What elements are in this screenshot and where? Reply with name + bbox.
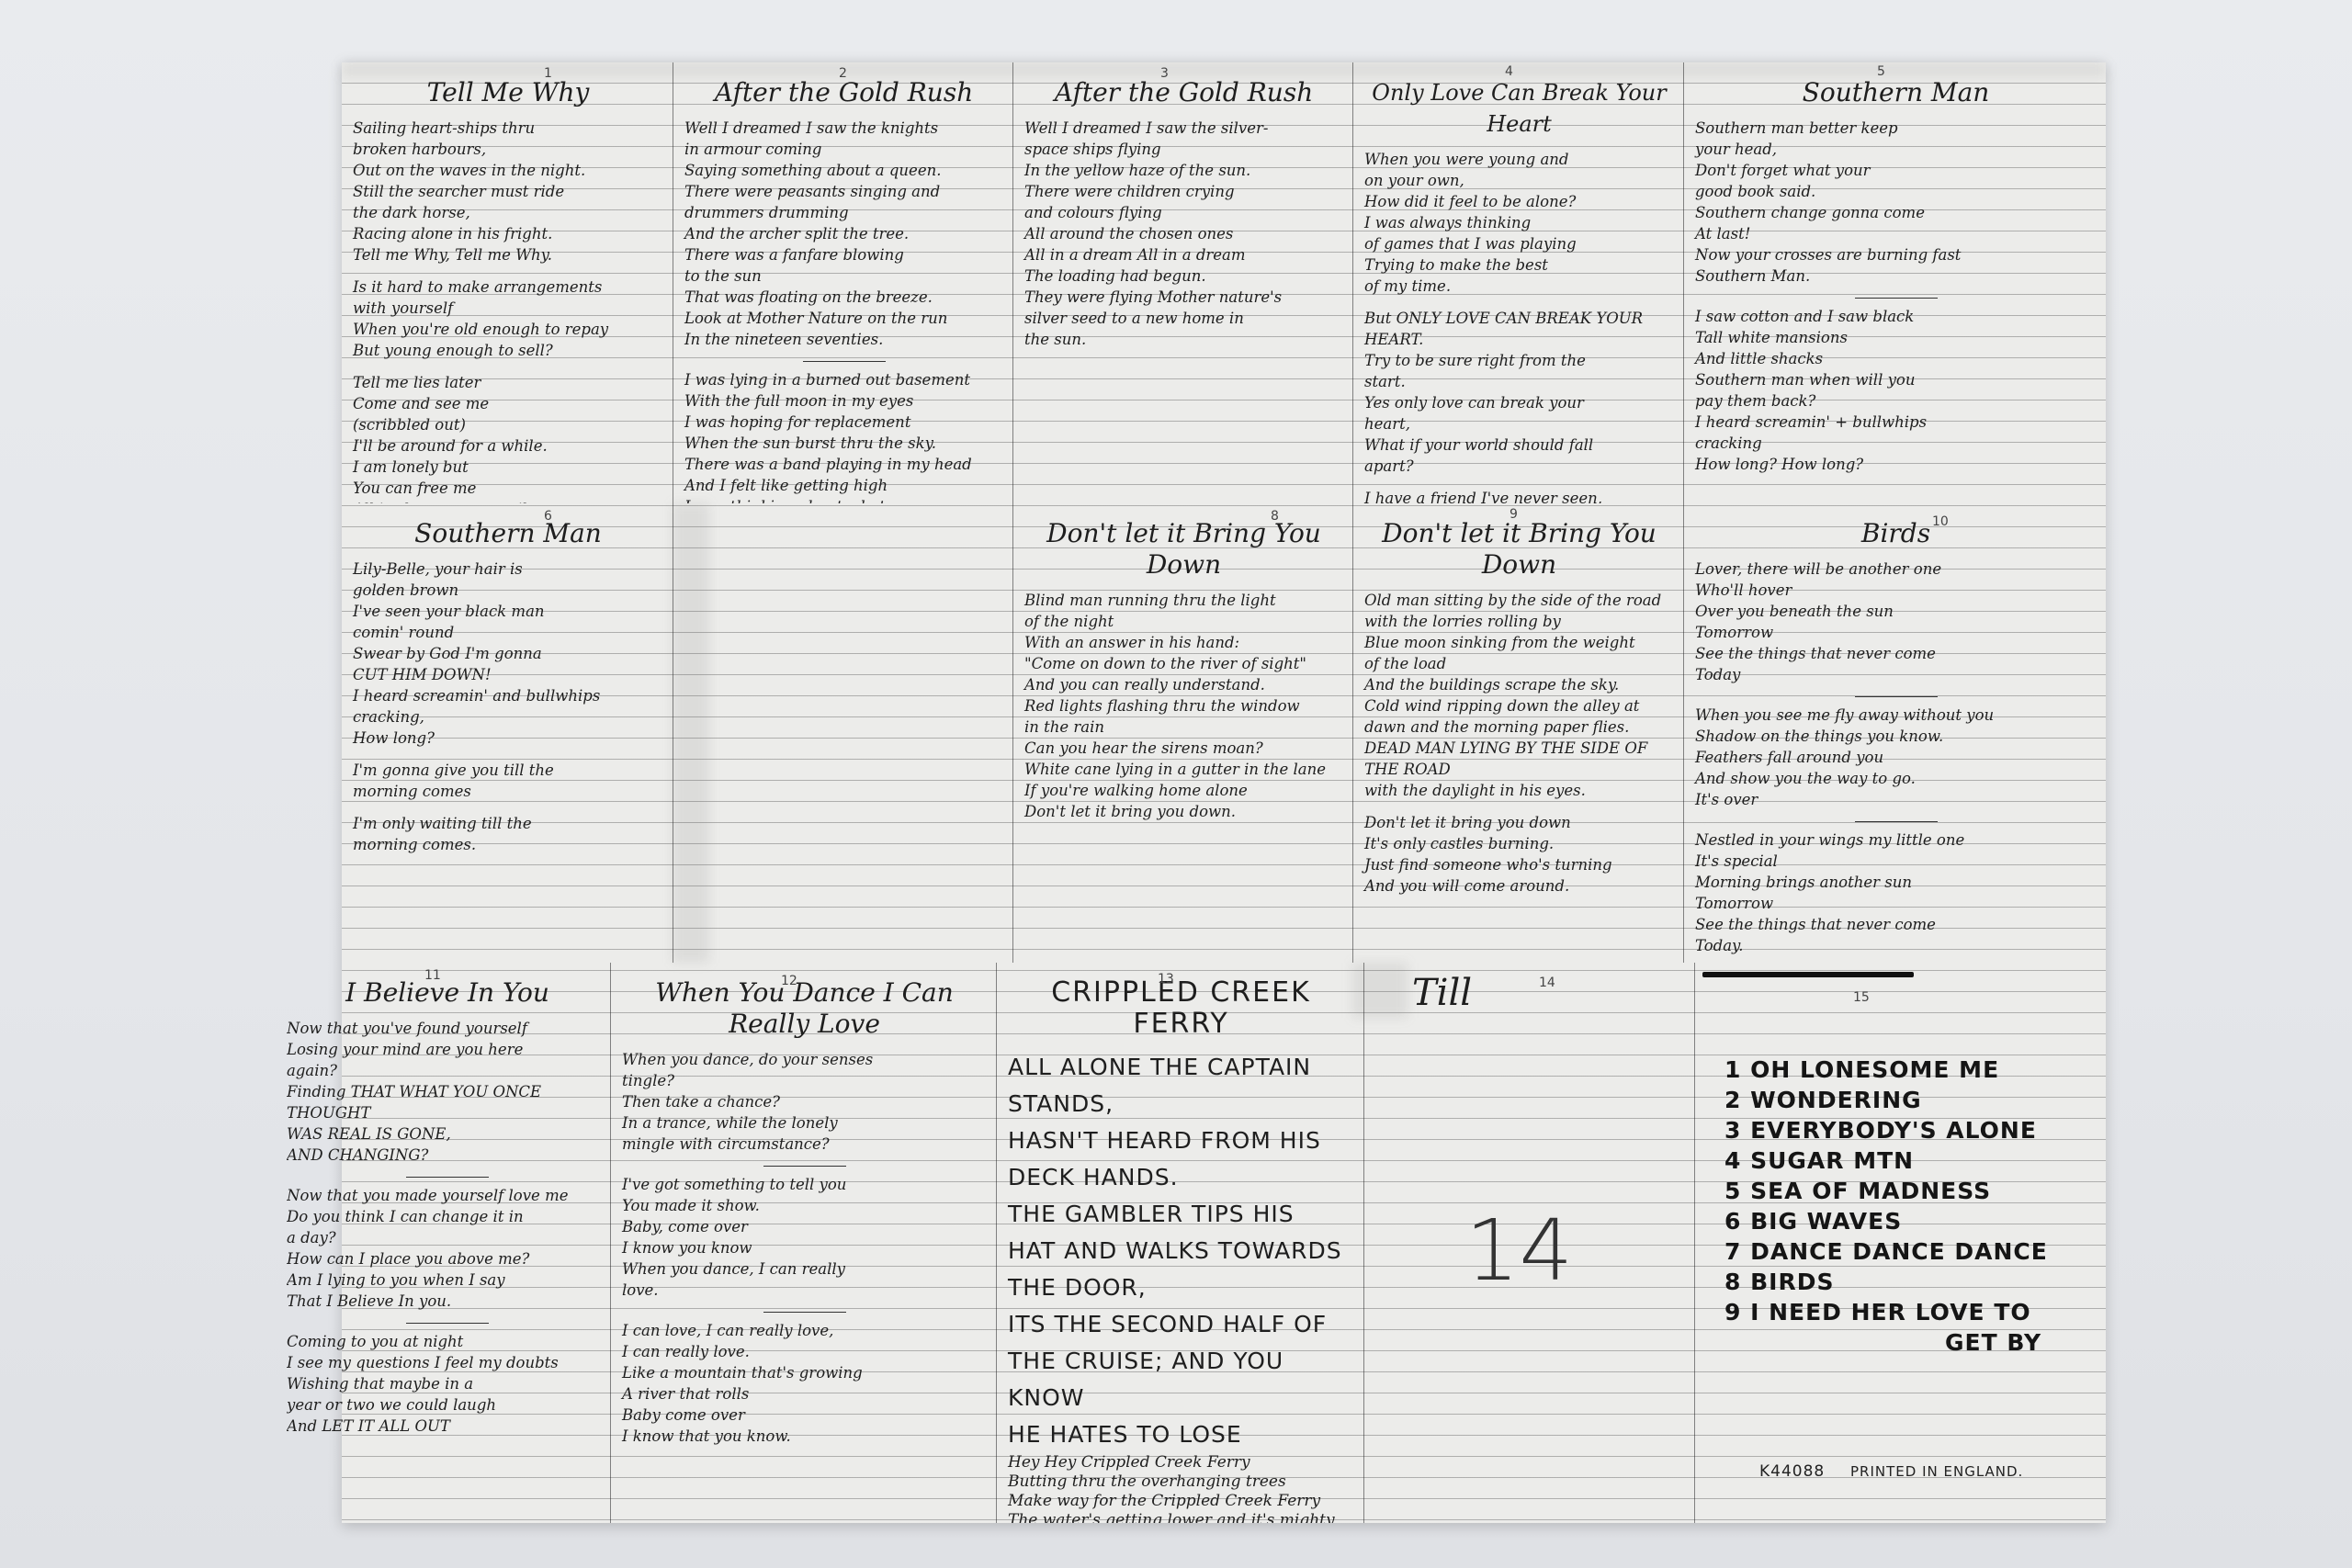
track-item: 4 SUGAR MTN — [1724, 1145, 2097, 1176]
track-item-continuation: GET BY — [1724, 1327, 2097, 1358]
page-number: 9 — [1510, 507, 1518, 522]
song-title: Don't let it Bring You Down — [1024, 518, 1343, 581]
lyric-stanza: When you dance, do your senses tingle? T… — [622, 1049, 987, 1155]
lyric-stanza: Lover, there will be another one Who'll … — [1695, 558, 2097, 685]
track-item: 9 I NEED HER LOVE TO — [1724, 1297, 2097, 1327]
lyric-stanza: Sailing heart-ships thru broken harbours… — [353, 118, 663, 265]
lyric-cell-only-love-can-break-your-heart: 4 Only Love Can Break Your Heart When yo… — [1352, 62, 1683, 503]
song-title: I Believe In You — [287, 977, 608, 1009]
song-title: Southern Man — [353, 518, 663, 549]
blank-cell — [673, 503, 1012, 963]
stanza-divider — [1855, 821, 1938, 822]
printed-in-label: PRINTED IN ENGLAND. — [1850, 1463, 2023, 1480]
page-number: 12 — [781, 974, 797, 988]
page-number: 14 — [1539, 976, 1555, 990]
large-page-number: 14 — [1465, 1201, 1573, 1300]
lyric-stanza: Nestled in your wings my little one It's… — [1695, 829, 2097, 956]
lyric-stanza: Is it hard to make arrangements with you… — [353, 276, 663, 361]
stanza-divider — [763, 1312, 846, 1313]
song-title: Don't let it Bring You Down — [1364, 518, 1674, 581]
print-footer: K44088 PRINTED IN ENGLAND. — [1759, 1462, 2023, 1481]
lyric-stanza: I saw cotton and I saw black Tall white … — [1695, 306, 2097, 475]
lyric-cell-crippled-creek-ferry: 13 CRIPPLED CREEK FERRY ALL ALONE THE CA… — [996, 963, 1363, 1523]
song-title: Till — [1375, 977, 1685, 1009]
lyric-stanza-caps: ALL ALONE THE CAPTAIN STANDS, HASN'T HEA… — [1008, 1049, 1354, 1453]
track-item: 2 WONDERING — [1724, 1085, 2097, 1115]
lyric-cell-after-the-gold-rush-1: 2 After the Gold Rush Well I dreamed I s… — [673, 62, 1012, 503]
page-number: 10 — [1932, 514, 1949, 529]
lyric-stanza: I've got something to tell you You made … — [622, 1174, 987, 1301]
lyric-stanza: When you were young and on your own, How… — [1364, 149, 1674, 297]
stanza-divider — [1855, 696, 1938, 697]
lyric-stanza: Lily-Belle, your hair is golden brown I'… — [353, 558, 663, 749]
lyric-stanza: But ONLY LOVE CAN BREAK YOUR HEART. Try … — [1364, 308, 1674, 477]
lyric-cell-when-you-dance: 12 When You Dance I Can Really Love When… — [610, 963, 996, 1523]
lyric-stanza: I can love, I can really love, I can rea… — [622, 1320, 987, 1447]
lyric-cell-after-the-gold-rush-2: 3 After the Gold Rush Well I dreamed I s… — [1012, 62, 1352, 503]
lyric-stanza: Southern man better keep your head, Don'… — [1695, 118, 2097, 287]
song-title: After the Gold Rush — [684, 77, 1003, 108]
song-title: Tell Me Why — [353, 77, 663, 108]
stanza-divider — [1855, 298, 1938, 299]
stanza-divider — [406, 1323, 489, 1324]
page-number: 2 — [839, 66, 847, 81]
song-title: Only Love Can Break Your Heart — [1364, 77, 1674, 140]
lyric-cell-southern-man-2: 6 Southern Man Lily-Belle, your hair is … — [342, 503, 673, 963]
lyric-cell-southern-man-1: 5 Southern Man Southern man better keep … — [1683, 62, 2106, 503]
stanza-divider — [803, 361, 886, 362]
page-number: 8 — [1271, 509, 1279, 524]
page-number: 15 — [1853, 990, 1870, 1005]
lyric-stanza: Now that you've found yourself Losing yo… — [287, 1018, 608, 1166]
lyric-stanza: Well I dreamed I saw the silver- space s… — [1024, 118, 1343, 350]
lyric-stanza: I have a friend I've never seen, He hide… — [1364, 488, 1674, 503]
lyric-stanza: Coming to you at night I see my question… — [287, 1331, 608, 1437]
track-item: 7 DANCE DANCE DANCE — [1724, 1236, 2097, 1267]
stanza-divider — [763, 1166, 846, 1167]
lyric-stanza: Old man sitting by the side of the road … — [1364, 590, 1674, 801]
page-number: 13 — [1158, 972, 1174, 987]
lyric-stanza: I'm gonna give you till the morning come… — [353, 760, 663, 802]
page-number: 1 — [544, 66, 552, 81]
song-title: Birds — [1695, 518, 2097, 549]
black-bar — [1702, 972, 1914, 977]
lyric-stanza: I was lying in a burned out basement Wit… — [684, 369, 1003, 503]
lyric-stanza-script: Hey Hey Crippled Creek Ferry Butting thr… — [1008, 1453, 1354, 1523]
lyric-cell-till: 14 Till 14 — [1363, 963, 1694, 1523]
track-item: 3 EVERYBODY'S ALONE — [1724, 1115, 2097, 1145]
song-title: Southern Man — [1695, 77, 2097, 108]
track-list: 1 OH LONESOME ME 2 WONDERING 3 EVERYBODY… — [1706, 1055, 2097, 1358]
lyric-stanza: I'm only waiting till the morning comes. — [353, 813, 663, 855]
page-number: 11 — [424, 968, 441, 983]
lyric-cell-birds: 10 Birds Lover, there will be another on… — [1683, 503, 2106, 963]
song-title: CRIPPLED CREEK FERRY — [1008, 977, 1354, 1040]
lyric-cell-i-believe-in-you: 11 I Believe In You Now that you've foun… — [287, 963, 617, 1523]
stanza-divider — [406, 1177, 489, 1178]
track-item: 1 OH LONESOME ME — [1724, 1055, 2097, 1085]
page-number: 3 — [1160, 66, 1169, 81]
track-item: 6 BIG WAVES — [1724, 1206, 2097, 1236]
track-list-cell: 15 1 OH LONESOME ME 2 WONDERING 3 EVERYB… — [1694, 963, 2106, 1523]
lyric-cell-dont-let-it-bring-you-down-2: 9 Don't let it Bring You Down Old man si… — [1352, 503, 1683, 963]
track-item: 5 SEA OF MADNESS — [1724, 1176, 2097, 1206]
lyric-stanza: Blind man running thru the light of the … — [1024, 590, 1343, 822]
page-number: 4 — [1505, 64, 1513, 79]
lyric-stanza: Well I dreamed I saw the knights in armo… — [684, 118, 1003, 350]
song-title: When You Dance I Can Really Love — [622, 977, 987, 1040]
track-item: 8 BIRDS — [1724, 1267, 2097, 1297]
page-number: 5 — [1877, 64, 1885, 79]
lyric-stanza: Tell me lies later Come and see me (scri… — [353, 372, 663, 503]
lyric-cell-dont-let-it-bring-you-down-1: 8 Don't let it Bring You Down Blind man … — [1012, 503, 1352, 963]
lyric-sheet: 1 Tell Me Why Sailing heart-ships thru b… — [342, 62, 2106, 1523]
song-title: After the Gold Rush — [1024, 77, 1343, 108]
page-number: 6 — [544, 509, 552, 524]
lyric-cell-tell-me-why: 1 Tell Me Why Sailing heart-ships thru b… — [342, 62, 673, 503]
catalog-number: K44088 — [1759, 1462, 1825, 1481]
lyric-stanza: Don't let it bring you down It's only ca… — [1364, 812, 1674, 897]
lyric-stanza: Now that you made yourself love me Do yo… — [287, 1185, 608, 1312]
lyric-stanza: When you see me fly away without you Sha… — [1695, 705, 2097, 810]
